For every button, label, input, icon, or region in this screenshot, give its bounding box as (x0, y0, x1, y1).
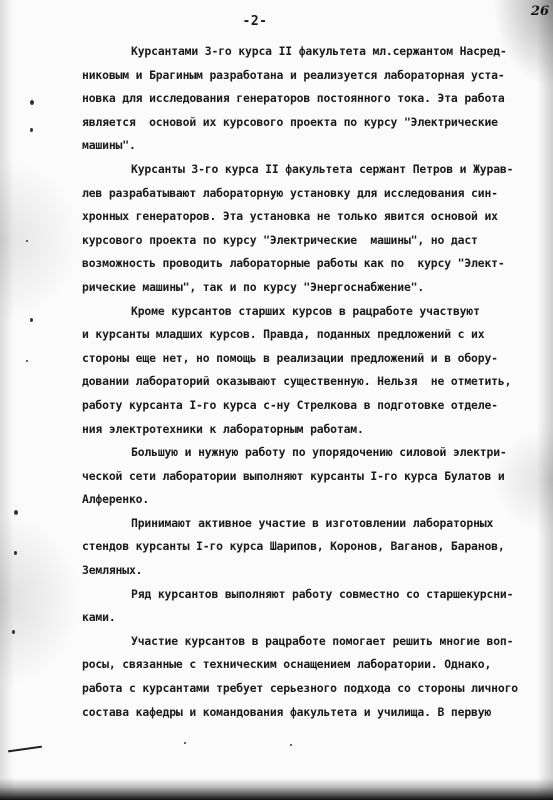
text-line: новка для исследования генераторов посто… (82, 87, 552, 111)
margin-speck (26, 240, 28, 242)
paragraph: Курсанты 3-го курса II факультета сержан… (82, 158, 552, 300)
bottom-speck (184, 742, 186, 744)
text-line: ками. (82, 606, 552, 630)
margin-speck (12, 630, 15, 634)
text-line: Принимают активное участие в изготовлени… (82, 512, 552, 536)
text-line: рические машины", так и по курсу "Энерго… (82, 276, 552, 300)
text-line: и курсанты младших курсов. Правда, подан… (82, 323, 552, 347)
margin-speck (14, 551, 17, 555)
text-line: работу курсанта I-го курса с-ну Стрелков… (82, 394, 552, 418)
text-line: Курсанты 3-го курса II факультета сержан… (82, 158, 552, 182)
text-line: машины". (82, 134, 552, 158)
paragraph: Большую и нужную работу по упорядочению … (82, 441, 552, 512)
bottom-speck (290, 744, 292, 746)
text-line: курсового проекта по курсу "Электрически… (82, 229, 552, 253)
margin-speck (30, 318, 33, 322)
page-shadow-bottom (0, 778, 553, 800)
margin-speck (30, 100, 34, 105)
text-line: возможность проводить лабораторные работ… (82, 252, 552, 276)
margin-speck (14, 510, 18, 515)
text-line: Большую и нужную работу по упорядочению … (82, 441, 552, 465)
paragraph: Участие курсантов в рацработе помогает р… (82, 630, 552, 724)
paragraph: Принимают активное участие в изготовлени… (82, 512, 552, 583)
text-line: Земляных. (82, 559, 552, 583)
text-line: хронных генераторов. Эта установка не то… (82, 205, 552, 229)
text-line: Кроме курсантов старших курсов в рацрабо… (82, 300, 552, 324)
text-line: является основой их курсового проекта по… (82, 111, 552, 135)
text-line: стороны еще нет, но помощь в реализации … (82, 347, 552, 371)
margin-speck (26, 360, 28, 362)
text-line: Участие курсантов в рацработе помогает р… (82, 630, 552, 654)
paragraph: Ряд курсантов выполняют работу совместно… (82, 583, 552, 630)
paragraph: Кроме курсантов старших курсов в рацрабо… (82, 300, 552, 442)
text-line: работа с курсантами требует серьезного п… (82, 677, 552, 701)
text-line: никовым и Брагиным разработана и реализу… (82, 64, 552, 88)
text-line: ческой сети лаборатории выполняют курсан… (82, 465, 552, 489)
paragraph: Курсантами 3-го курса II факультета мл.с… (82, 40, 552, 158)
text-line: Ряд курсантов выполняют работу совместно… (82, 583, 552, 607)
text-line: состава кафедры и командования факультет… (82, 701, 552, 725)
document-body: Курсантами 3-го курса II факультета мл.с… (82, 40, 552, 724)
text-line: довании лабораторий оказывают существенн… (82, 370, 552, 394)
text-line: Курсантами 3-го курса II факультета мл.с… (82, 40, 552, 64)
archive-folio-number: 26 (531, 4, 549, 19)
scanned-page: 26 -2- Курсантами 3-го курса II факульте… (0, 0, 553, 800)
text-line: росы, связанные с техническим оснащением… (82, 653, 552, 677)
text-line: стендов курсанты I-го курса Шарипов, Кор… (82, 535, 552, 559)
margin-speck (30, 128, 33, 132)
page-number: -2- (0, 14, 510, 29)
page-shadow-left (0, 0, 14, 800)
text-line: ния электротехники к лабораторным работа… (82, 418, 552, 442)
text-line: лев разрабатывают лабораторную установку… (82, 182, 552, 206)
text-line: Алференко. (82, 488, 552, 512)
